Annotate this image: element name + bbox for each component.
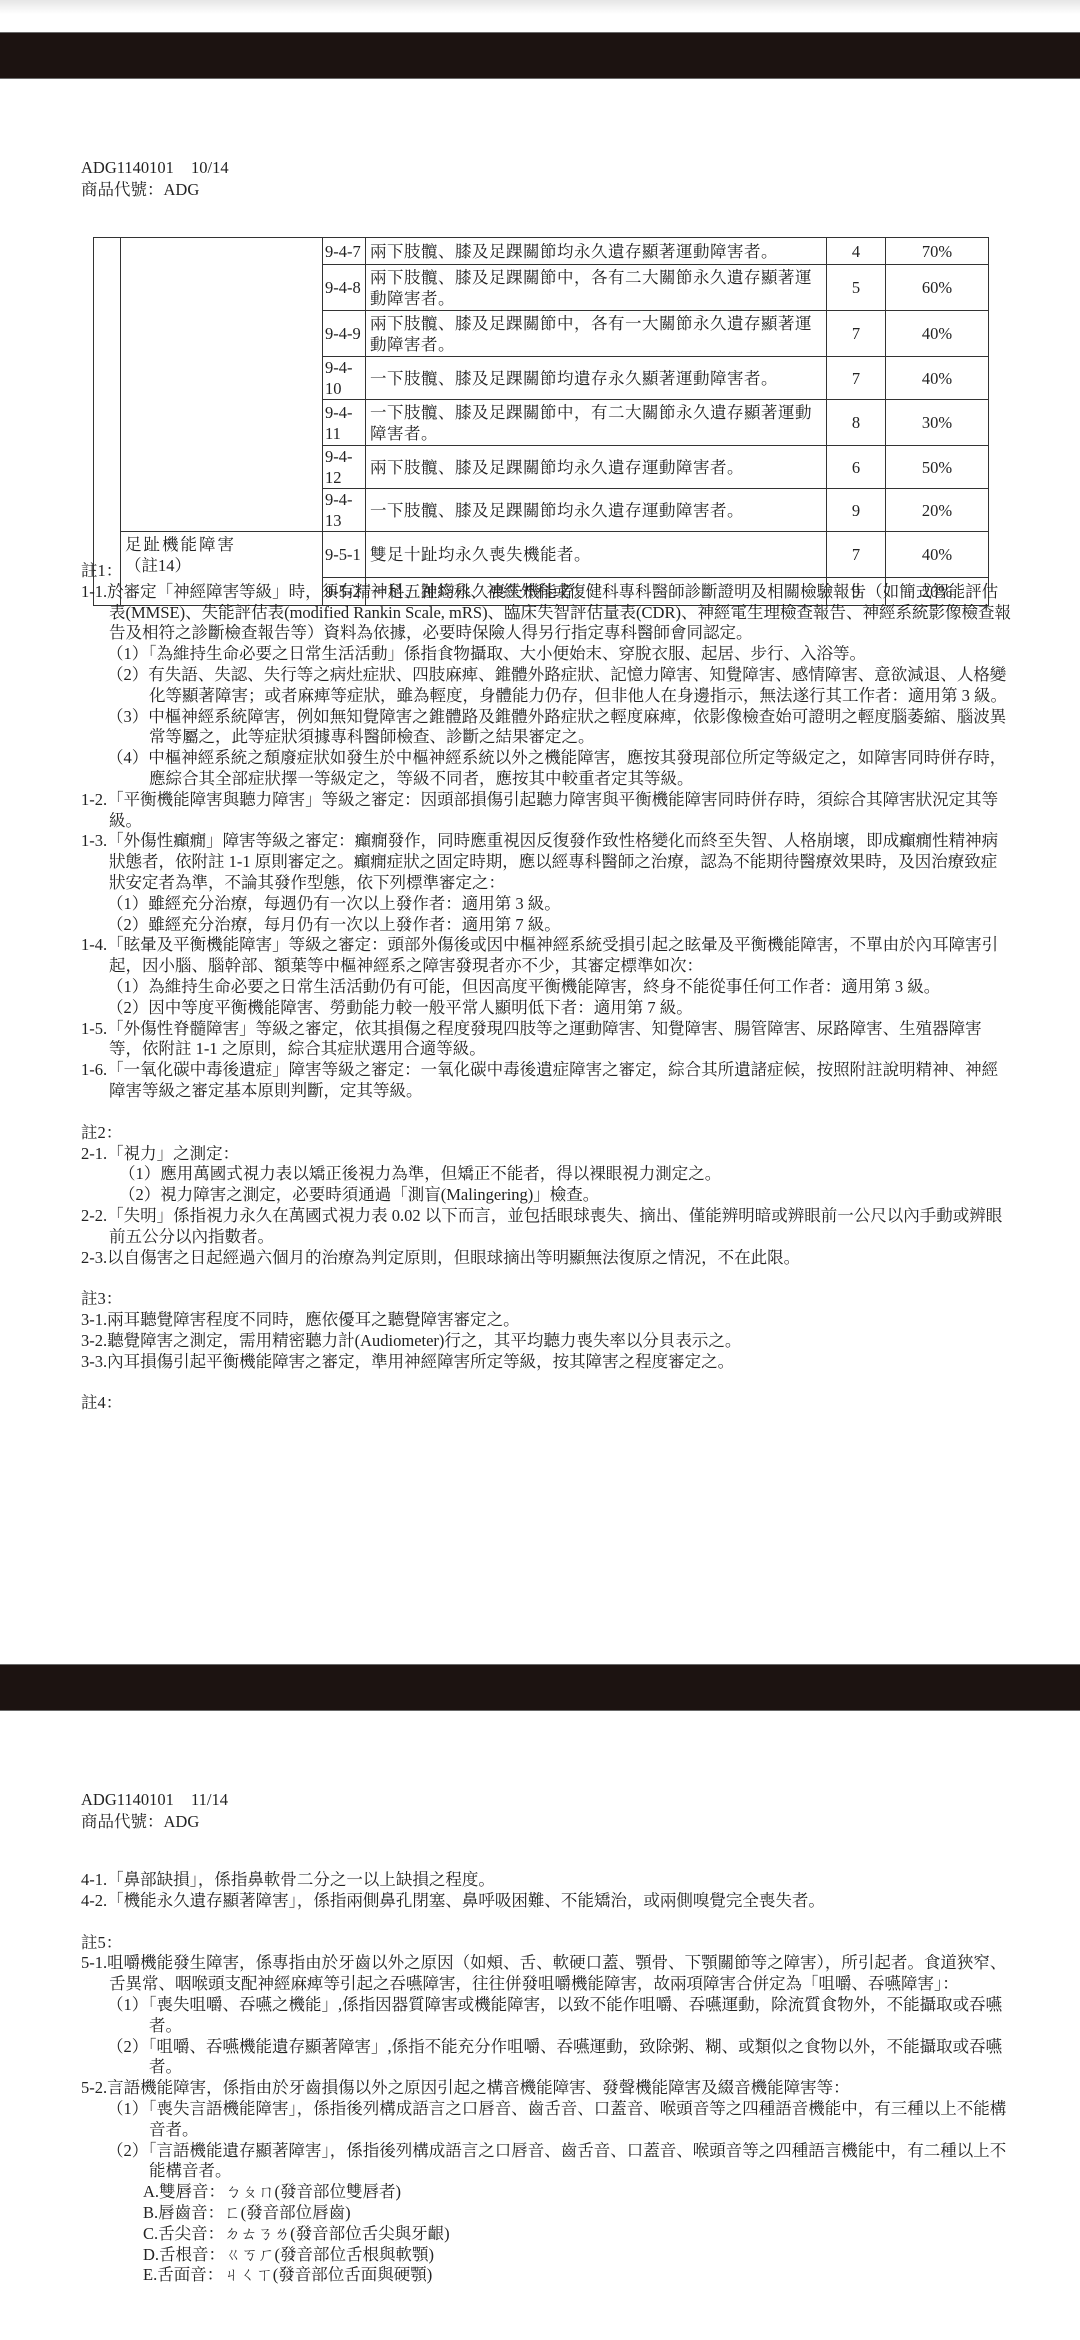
note-1-1-sub-3: （3）中樞神經系統障害，例如無知覺障害之錐體路及錐體外路症狀之輕度麻痺，依影像檢… <box>81 707 1011 749</box>
item-grade: 7 <box>827 357 886 400</box>
note-5-1: 5-1.咀嚼機能發生障害，係專指由於牙齒以外之原因（如頰、舌、軟硬口蓋、顎骨、下… <box>81 1953 1011 1995</box>
table-cell-category <box>121 238 323 532</box>
note-1-4-sub-1: （1）為維持生命必要之日常生活活動仍有可能，但因高度平衡機能障害，終身不能從事任… <box>81 977 1011 998</box>
sound-class-e: E.舌面音：ㄐㄑㄒ(發音部位舌面與硬顎) <box>81 2265 1011 2286</box>
sound-class-a: A.雙唇音：ㄅㄆㄇ(發音部位雙唇者) <box>81 2182 1011 2203</box>
item-grade: 4 <box>827 238 886 265</box>
item-description: 一下肢髖、膝及足踝關節中，有二大關節永久遺存顯著運動障害者。 <box>366 400 827 446</box>
item-percentage: 20% <box>886 489 989 532</box>
note-1-title: 註1： <box>81 561 1011 582</box>
item-code: 9-4-11 <box>323 400 366 446</box>
page-header: ADG114010111/14 商品代號：ADG <box>81 1789 228 1833</box>
item-description: 兩下肢髖、膝及足踝關節均永久遺存運動障害者。 <box>366 446 827 489</box>
note-4-2: 4-2.「機能永久遺存顯著障害」，係指兩側鼻孔閉塞、鼻呼吸困難、不能矯治，或兩側… <box>81 1891 1011 1912</box>
top-shadow <box>0 0 1080 14</box>
note-5-2: 5-2.言語機能障害，係指由於牙齒損傷以外之原因引起之構音機能障害、發聲機能障害… <box>81 2078 1011 2099</box>
table-cell-blank <box>94 238 121 606</box>
note-3-2: 3-2.聽覺障害之測定，需用精密聽力計(Audiometer)行之，其平均聽力喪… <box>81 1331 1011 1352</box>
item-code: 9-4-13 <box>323 489 366 532</box>
item-code: 9-4-7 <box>323 238 366 265</box>
note-3-1: 3-1.兩耳聽覺障害程度不同時，應依優耳之聽覺障害審定之。 <box>81 1310 1011 1331</box>
product-code: 商品代號：ADG <box>81 1811 228 1833</box>
sound-class-c: C.舌尖音：ㄉㄊㄋㄌ(發音部位舌尖與牙齦) <box>81 2224 1011 2245</box>
note-5-1-sub-1: （1）「喪失咀嚼、吞嚥之機能」,係指因器質障害或機能障害，以致不能作咀嚼、吞嚥運… <box>81 1995 1011 2037</box>
item-code: 9-4-12 <box>323 446 366 489</box>
note-1-1-sub-4: （4）中樞神經系統之頹廢症狀如發生於中樞神經系統以外之機能障害，應按其發現部位所… <box>81 748 1011 790</box>
item-grade: 6 <box>827 446 886 489</box>
note-5-2-sub-1: （1）「喪失言語機能障害」，係指後列構成語言之口唇音、齒舌音、口蓋音、喉頭音等之… <box>81 2099 1011 2141</box>
note-1-5: 1-5.「外傷性脊髓障害」等級之審定，依其損傷之程度發現四肢等之運動障害、知覺障… <box>81 1019 1011 1061</box>
note-1-2: 1-2.「平衡機能障害與聽力障害」等級之審定：因頭部損傷引起聽力障害與平衡機能障… <box>81 790 1011 832</box>
item-percentage: 40% <box>886 357 989 400</box>
note-1-1-sub-1: （1）「為維持生命必要之日常生活活動」係指食物攝取、大小便始末、穿脫衣服、起居、… <box>81 644 1011 665</box>
note-1-3-sub-2: （2）雖經充分治療，每月仍有一次以上發作者：適用第 7 級。 <box>81 915 1011 936</box>
item-description: 一下肢髖、膝及足踝關節均遺存永久顯著運動障害者。 <box>366 357 827 400</box>
item-percentage: 70% <box>886 238 989 265</box>
note-2-2: 2-2.「失明」係指視力永久在萬國式視力表 0.02 以下而言，並包括眼球喪失、… <box>81 1206 1011 1248</box>
item-grade: 9 <box>827 489 886 532</box>
item-percentage: 60% <box>886 265 989 311</box>
note-3-3: 3-3.內耳損傷引起平衡機能障害之審定，準用神經障害所定等級，按其障害之程度審定… <box>81 1352 1011 1373</box>
note-5-1-sub-2: （2）「咀嚼、吞嚥機能遺存顯著障害」,係指不能充分作咀嚼、吞嚥運動，致除粥、糊、… <box>81 2037 1011 2079</box>
note-2-1: 2-1.「視力」之測定： <box>81 1144 1011 1165</box>
note-1-1: 1-1.於審定「神經障害等級」時，須有精神科、神經科、神經外科或復健科專科醫師診… <box>81 582 1011 644</box>
item-code: 9-4-10 <box>323 357 366 400</box>
page-number: 10/14 <box>191 158 229 177</box>
notes-section-page-11: 4-1.「鼻部缺損」，係指鼻軟骨二分之一以上缺損之程度。 4-2.「機能永久遺存… <box>81 1870 1011 2286</box>
item-description: 兩下肢髖、膝及足踝關節均永久遺存顯著運動障害者。 <box>366 238 827 265</box>
doc-code: ADG1140101 <box>81 1789 191 1811</box>
item-percentage: 50% <box>886 446 989 489</box>
note-2-1-sub-1: （1）應用萬國式視力表以矯正後視力為準，但矯正不能者，得以裸眼視力測定之。 <box>81 1164 1011 1185</box>
item-percentage: 40% <box>886 311 989 357</box>
doc-code: ADG1140101 <box>81 157 191 179</box>
item-grade: 5 <box>827 265 886 311</box>
item-percentage: 30% <box>886 400 989 446</box>
item-code: 9-4-8 <box>323 265 366 311</box>
sound-class-b: B.唇齒音：ㄈ(發音部位唇齒) <box>81 2203 1011 2224</box>
note-4-1: 4-1.「鼻部缺損」，係指鼻軟骨二分之一以上缺損之程度。 <box>81 1870 1011 1891</box>
page-separator-bar <box>0 1664 1080 1711</box>
item-description: 一下肢髖、膝及足踝關節均永久遺存運動障害者。 <box>366 489 827 532</box>
note-5-title: 註5： <box>81 1933 1011 1954</box>
note-4-title: 註4： <box>81 1393 1011 1414</box>
note-1-3-sub-1: （1）雖經充分治療，每週仍有一次以上發作者：適用第 3 級。 <box>81 894 1011 915</box>
product-code: 商品代號：ADG <box>81 179 229 201</box>
note-1-3: 1-3.「外傷性癲癇」障害等級之審定：癲癇發作，同時應重視因反復發作致性格變化而… <box>81 831 1011 893</box>
note-2-title: 註2： <box>81 1123 1011 1144</box>
category-label: 足趾機能障害 <box>125 534 318 555</box>
item-description: 兩下肢髖、膝及足踝關節中，各有二大關節永久遺存顯著運動障害者。 <box>366 265 827 311</box>
note-1-4-sub-2: （2）因中等度平衡機能障害、勞動能力較一般平常人顯明低下者：適用第 7 級。 <box>81 998 1011 1019</box>
table-row: 9-4-7 兩下肢髖、膝及足踝關節均永久遺存顯著運動障害者。 4 70% <box>94 238 989 265</box>
note-1-1-sub-2: （2）有失語、失認、失行等之病灶症狀、四肢麻痺、錐體外路症狀、記憶力障害、知覺障… <box>81 665 1011 707</box>
page-number: 11/14 <box>191 1790 228 1809</box>
note-1-6: 1-6.「一氧化碳中毒後遺症」障害等級之審定：一氧化碳中毒後遺症障害之審定，綜合… <box>81 1060 1011 1102</box>
page-header: ADG114010110/14 商品代號：ADG <box>81 157 229 201</box>
disability-grade-table: 9-4-7 兩下肢髖、膝及足踝關節均永久遺存顯著運動障害者。 4 70% 9-4… <box>93 237 989 606</box>
item-grade: 7 <box>827 311 886 357</box>
note-2-1-sub-2: （2）視力障害之測定，必要時須通過「測盲(Malingering)」檢查。 <box>81 1185 1011 1206</box>
note-1-4: 1-4.「眩暈及平衡機能障害」等級之審定：頭部外傷後或因中樞神經系統受損引起之眩… <box>81 935 1011 977</box>
item-code: 9-4-9 <box>323 311 366 357</box>
notes-section: 註1： 1-1.於審定「神經障害等級」時，須有精神科、神經科、神經外科或復健科專… <box>81 561 1011 1414</box>
note-2-3: 2-3.以自傷害之日起經過六個月的治療為判定原則，但眼球摘出等明顯無法復原之情況… <box>81 1248 1011 1269</box>
note-5-2-sub-2: （2）「言語機能遺存顯著障害」，係指後列構成語言之口唇音、齒舌音、口蓋音、喉頭音… <box>81 2141 1011 2183</box>
sound-class-d: D.舌根音：ㄍㄎㄏ(發音部位舌根與軟顎) <box>81 2245 1011 2266</box>
item-description: 兩下肢髖、膝及足踝關節中，各有一大關節永久遺存顯著運動障害者。 <box>366 311 827 357</box>
page-separator-bar <box>0 32 1080 79</box>
note-3-title: 註3： <box>81 1289 1011 1310</box>
item-grade: 8 <box>827 400 886 446</box>
